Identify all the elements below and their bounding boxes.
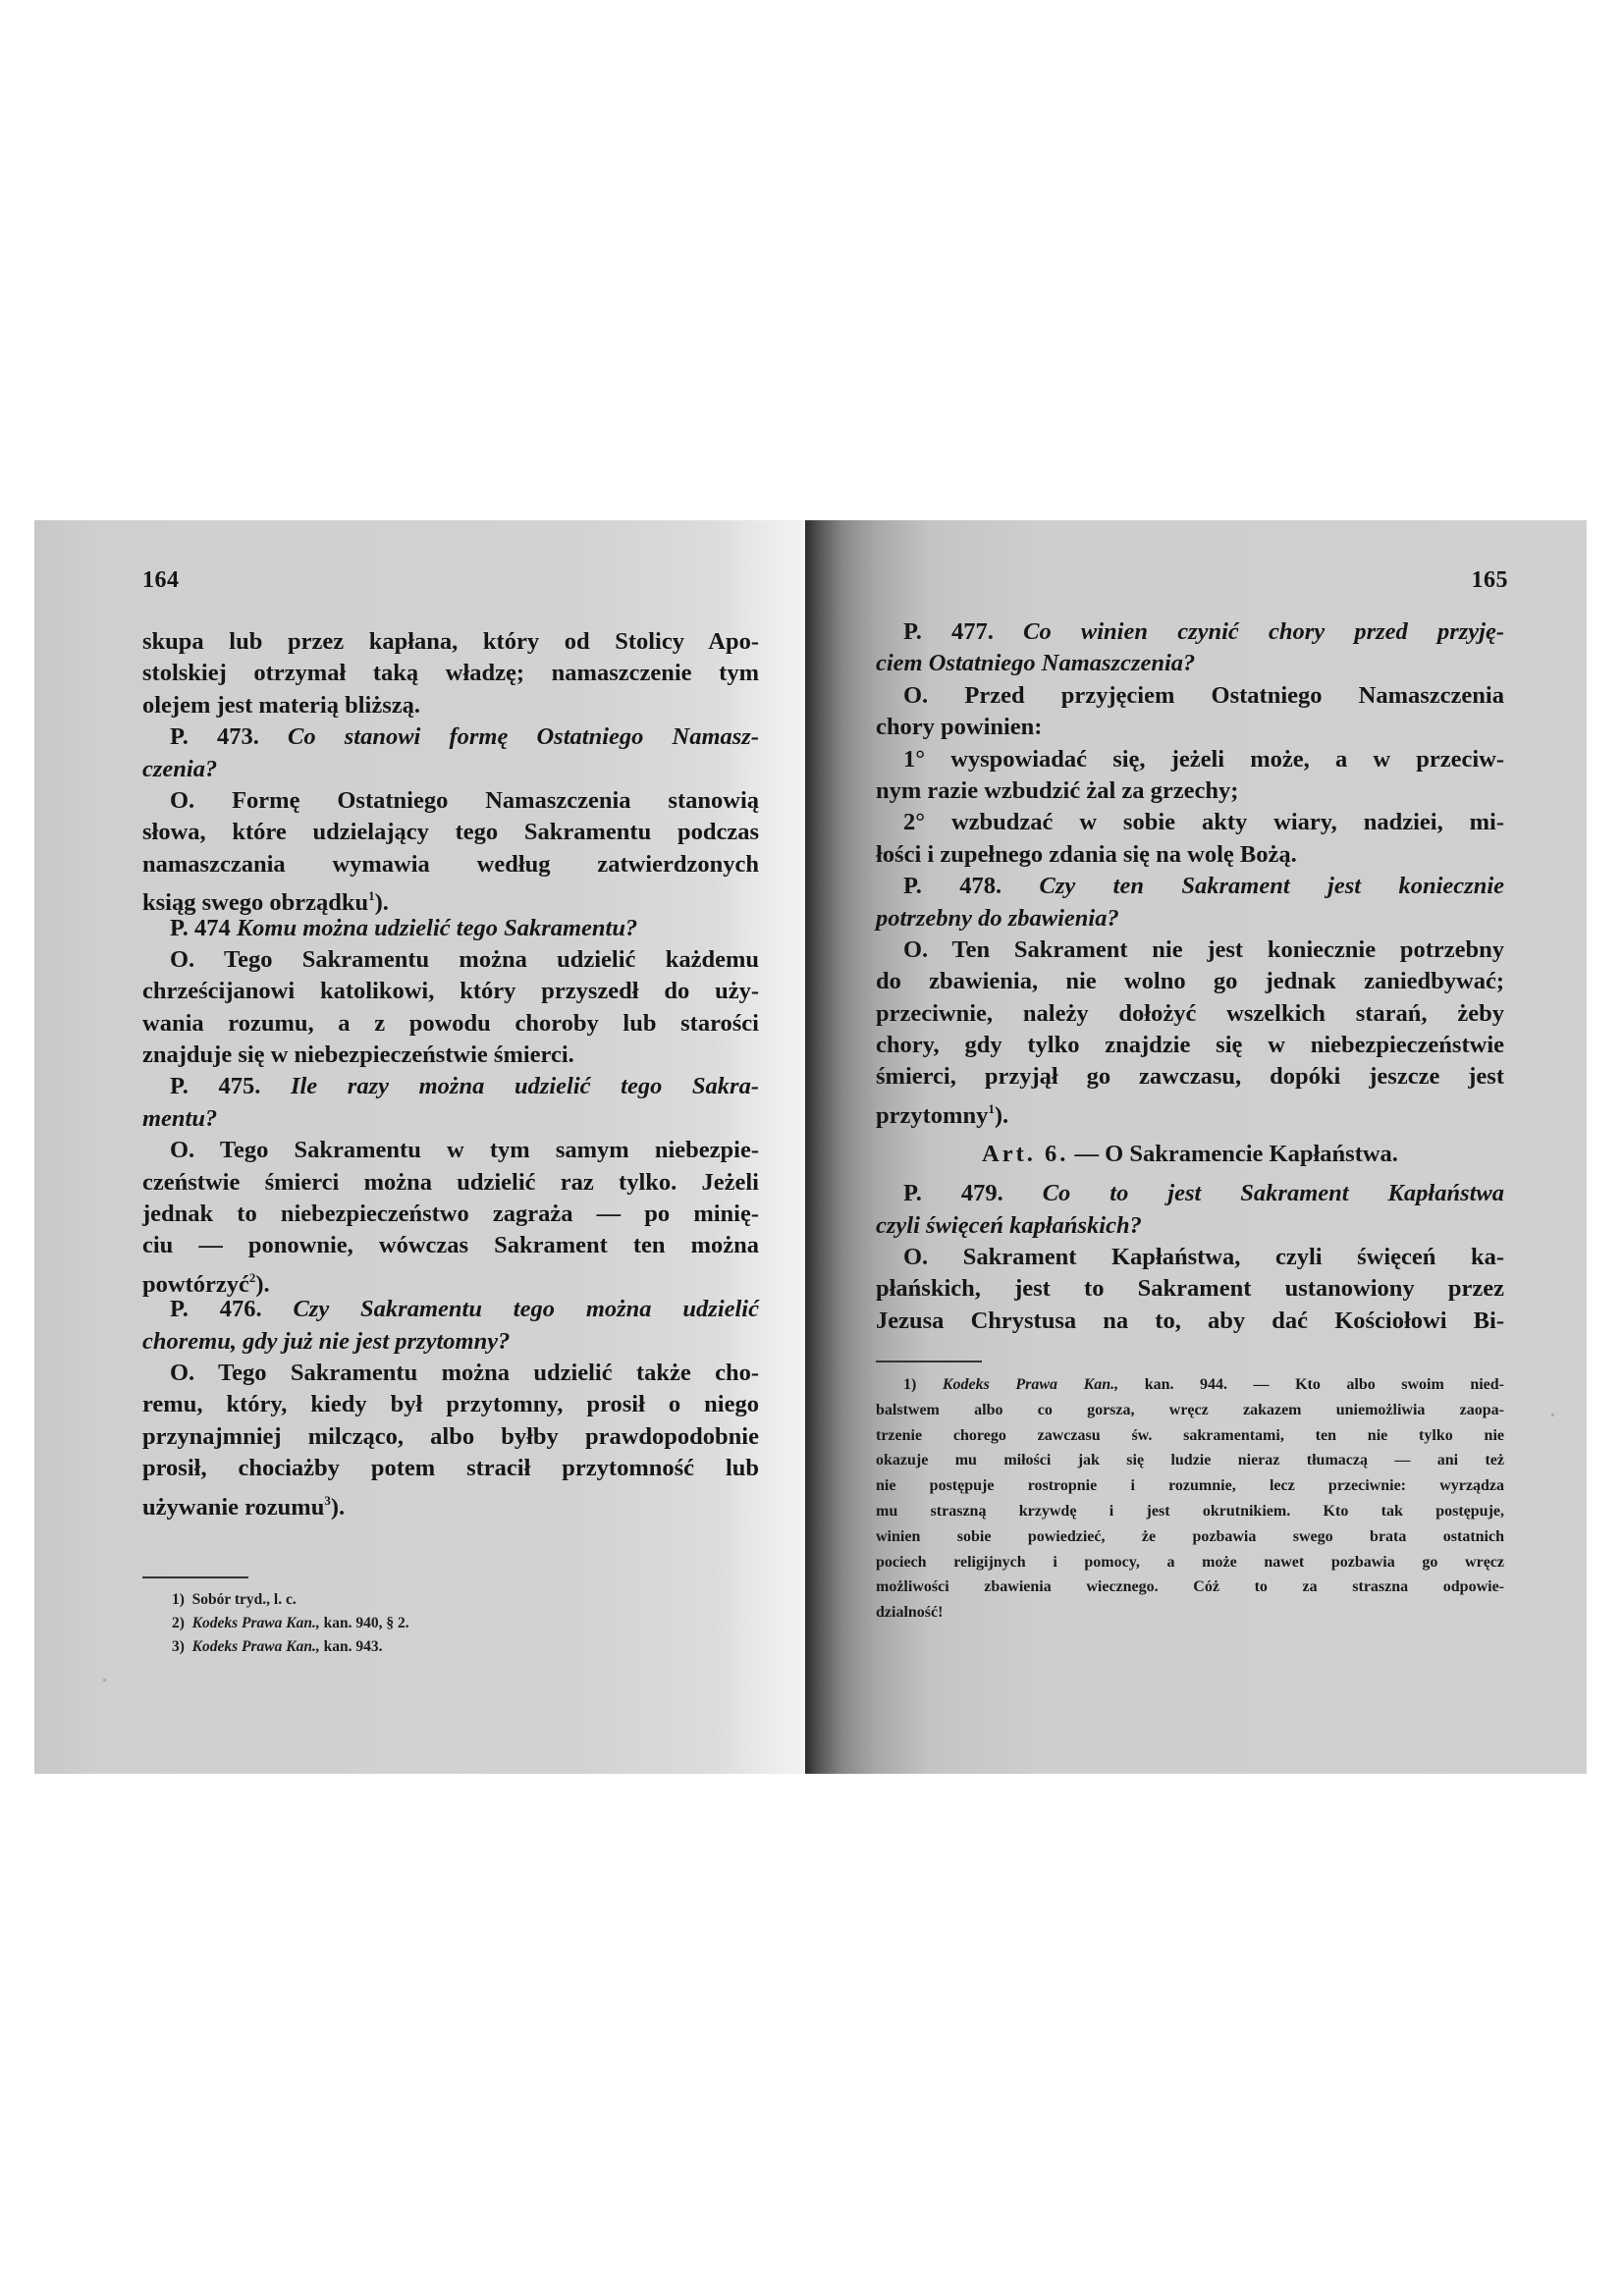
question-478: P. 478. Czy ten Sakrament jest konieczni…	[876, 871, 1504, 902]
list-item-1-cont: nym razie wzbudzić żal za grzechy;	[876, 775, 1504, 807]
footnote-source: Kodeks Prawa Kan.,	[192, 1615, 320, 1631]
footnote-line: 1) Kodeks Prawa Kan., kan. 944. — Kto al…	[876, 1372, 1504, 1398]
answer-line: przytomny1).	[876, 1094, 1504, 1125]
footnote-line: możliwości zbawienia wiecznego. Cóż to z…	[876, 1575, 1504, 1600]
left-page-body: skupa lub przez kapłana, który od Stolic…	[142, 626, 759, 1517]
page-number-left: 164	[142, 567, 180, 594]
footnote-text: kan. 940, § 2.	[320, 1615, 409, 1631]
article-title: — O Sakramencie Kapłaństwa.	[1068, 1141, 1398, 1167]
list-item-2-cont: łości i zupełnego zdania się na wolę Boż…	[876, 839, 1504, 871]
question-479: P. 479. Co to jest Sakrament Kapłaństwa	[876, 1178, 1504, 1209]
footnote-line: mu straszną krzywdę i jest okrutnikiem. …	[876, 1499, 1504, 1524]
list-item-2: 2° wzbudzać w sobie akty wiary, nadziei,…	[876, 807, 1504, 838]
footnote-line: dzialność!	[876, 1600, 1504, 1626]
answer-line: prosił, chociażby potem stracił przytomn…	[142, 1453, 759, 1484]
footnote-line: okazuje mu miłości jak się ludzie nieraz…	[876, 1448, 1504, 1473]
question-text: Co to jest Sakrament Kapłaństwa	[1043, 1180, 1504, 1206]
answer-line: powtórzyć2).	[142, 1262, 759, 1294]
answer-line: ciu — ponownie, wówczas Sakrament ten mo…	[142, 1230, 759, 1261]
footnote-line: balstwem albo co gorsza, wręcz zakazem u…	[876, 1398, 1504, 1423]
footnote-source: Kodeks Prawa Kan.,	[192, 1638, 320, 1655]
answer-line: chrześcijanowi katolikowi, który przysze…	[142, 976, 759, 1007]
answer-text: ).	[331, 1494, 345, 1521]
footnote-text: kan. 943.	[320, 1638, 383, 1655]
answer-line: słowa, które udzielający tego Sakramentu…	[142, 817, 759, 848]
footnote-source: Kodeks Prawa Kan.,	[943, 1376, 1118, 1393]
scan-speck	[103, 1679, 106, 1682]
footnote-divider	[876, 1361, 982, 1362]
text-line: skupa lub przez kapłana, który od Stolic…	[142, 626, 759, 658]
answer-text: używanie rozumu	[142, 1494, 324, 1521]
footnote-list: 1) Sobór tryd., l. c. 2) Kodeks Prawa Ka…	[142, 1588, 633, 1659]
question-label: P. 479.	[903, 1180, 1003, 1206]
answer-line: O. Przed przyjęciem Ostatniego Namaszcze…	[876, 680, 1504, 712]
answer-line: namaszczania wymawia według zatwierdzony…	[142, 849, 759, 881]
question-476: P. 476. Czy Sakramentu tego można udziel…	[142, 1294, 759, 1325]
footnote-1-right: 1) Kodeks Prawa Kan., kan. 944. — Kto al…	[876, 1372, 1504, 1626]
answer-line: chory powinien:	[876, 712, 1504, 743]
answer-line: śmierci, przyjął go zawczasu, dopóki jes…	[876, 1061, 1504, 1093]
answer-line: płańskich, jest to Sakrament ustanowiony…	[876, 1273, 1504, 1305]
answer-line: przynajmniej milcząco, albo byłby prawdo…	[142, 1421, 759, 1453]
left-page: 164 skupa lub przez kapłana, który od St…	[34, 520, 805, 1774]
right-page-body: P. 477. Co winien czynić chory przed prz…	[876, 616, 1504, 1337]
answer-line: ksiąg swego obrządku1).	[142, 881, 759, 912]
answer-text: przytomny	[876, 1102, 988, 1129]
question-477-cont: ciem Ostatniego Namaszczenia?	[876, 648, 1504, 679]
question-label: P. 473.	[170, 723, 259, 750]
answer-line: jednak to niebezpieczeństwo zagraża — po…	[142, 1199, 759, 1230]
footnote-line: trzenie chorego zawczasu św. sakramentam…	[876, 1423, 1504, 1449]
footnote-mark: 1)	[172, 1591, 185, 1608]
answer-line: wania rozumu, a z powodu choroby lub sta…	[142, 1008, 759, 1040]
article-number: Art. 6.	[982, 1141, 1068, 1167]
answer-line: O. Tego Sakramentu można udzielić także …	[142, 1358, 759, 1389]
footnote-1: 1) Sobór tryd., l. c.	[142, 1588, 633, 1612]
question-474: P. 474 Komu można udzielić tego Sakramen…	[142, 913, 759, 944]
question-text: Co winien czynić chory przed przyję-	[1023, 618, 1504, 645]
question-label: P. 476.	[170, 1296, 262, 1322]
footnote-divider	[142, 1576, 248, 1578]
text-line: olejem jest materią bliższą.	[142, 690, 759, 721]
question-475: P. 475. Ile razy można udzielić tego Sak…	[142, 1071, 759, 1102]
scan-speck	[1551, 1414, 1554, 1416]
answer-line: przeciwnie, należy dołożyć wszelkich sta…	[876, 998, 1504, 1030]
right-footnotes: 1) Kodeks Prawa Kan., kan. 944. — Kto al…	[876, 1343, 1504, 1626]
article-heading: Art. 6. — O Sakramencie Kapłaństwa.	[876, 1139, 1504, 1170]
list-item-1: 1° wyspowiadać się, jeżeli może, a w prz…	[876, 744, 1504, 775]
footnote-mark: 3)	[172, 1638, 185, 1655]
answer-line: chory, gdy tylko znajdzie się w niebezpi…	[876, 1030, 1504, 1061]
answer-text: ).	[995, 1102, 1008, 1129]
question-text: Ile razy można udzielić tego Sakra-	[291, 1073, 759, 1099]
answer-line: do zbawienia, nie wolno go jednak zanied…	[876, 966, 1504, 997]
question-text: Czy ten Sakrament jest koniecznie	[1040, 873, 1504, 899]
answer-line: O. Sakrament Kapłaństwa, czyli święceń k…	[876, 1242, 1504, 1273]
question-476-cont: choremu, gdy już nie jest przytomny?	[142, 1326, 759, 1358]
footnote-line: pociech religijnych i pomocy, a może naw…	[876, 1550, 1504, 1575]
answer-line: O. Ten Sakrament nie jest koniecznie pot…	[876, 934, 1504, 966]
footnote-line: winien sobie powiedzieć, że pozbawia swe…	[876, 1524, 1504, 1550]
footnote-mark: 2)	[172, 1615, 185, 1631]
answer-line: znajduje się w niebezpieczeństwie śmierc…	[142, 1040, 759, 1071]
book-scan: 164 skupa lub przez kapłana, który od St…	[34, 520, 1587, 1774]
right-page: 165 P. 477. Co winien czynić chory przed…	[805, 520, 1587, 1774]
question-label: P. 475.	[170, 1073, 260, 1099]
footnote-text: Sobór tryd., l. c.	[192, 1591, 297, 1608]
question-text: Czy Sakramentu tego można udzielić	[293, 1296, 759, 1322]
page-number-right: 165	[1472, 567, 1509, 594]
answer-line: używanie rozumu3).	[142, 1485, 759, 1517]
question-label: P. 478.	[903, 873, 1001, 899]
question-477: P. 477. Co winien czynić chory przed prz…	[876, 616, 1504, 648]
answer-line: O. Tego Sakramentu można udzielić każdem…	[142, 944, 759, 976]
footnote-3: 3) Kodeks Prawa Kan., kan. 943.	[142, 1635, 633, 1659]
footnote-2: 2) Kodeks Prawa Kan., kan. 940, § 2.	[142, 1612, 633, 1635]
question-478-cont: potrzebny do zbawienia?	[876, 903, 1504, 934]
question-475-cont: mentu?	[142, 1103, 759, 1135]
footnote-line: nie postępuje rostropnie i rozumnie, lec…	[876, 1473, 1504, 1499]
question-text: Komu można udzielić tego Sakramentu?	[237, 915, 637, 941]
text-line: stolskiej otrzymał taką władzę; namaszcz…	[142, 658, 759, 689]
answer-line: czeństwie śmierci można udzielić raz tyl…	[142, 1167, 759, 1199]
question-label: P. 474	[170, 915, 231, 941]
footnote-mark: 1)	[903, 1376, 916, 1393]
answer-line: O. Formę Ostatniego Namaszczenia stanowi…	[142, 785, 759, 817]
answer-line: remu, który, kiedy był przytomny, prosił…	[142, 1389, 759, 1420]
question-473: P. 473. Co stanowi formę Ostatniego Nama…	[142, 721, 759, 753]
question-text: Co stanowi formę Ostatniego Namasz-	[288, 723, 759, 750]
question-479-cont: czyli święceń kapłańskich?	[876, 1210, 1504, 1242]
question-label: P. 477.	[903, 618, 994, 645]
answer-line: Jezusa Chrystusa na to, aby dać Kościoło…	[876, 1306, 1504, 1337]
question-473-cont: czenia?	[142, 754, 759, 785]
left-footnotes: 1) Sobór tryd., l. c. 2) Kodeks Prawa Ka…	[142, 1559, 633, 1659]
footnote-text: kan. 944. — Kto albo swoim nied-	[1118, 1376, 1504, 1393]
answer-line: O. Tego Sakramentu w tym samym niebezpie…	[142, 1135, 759, 1166]
